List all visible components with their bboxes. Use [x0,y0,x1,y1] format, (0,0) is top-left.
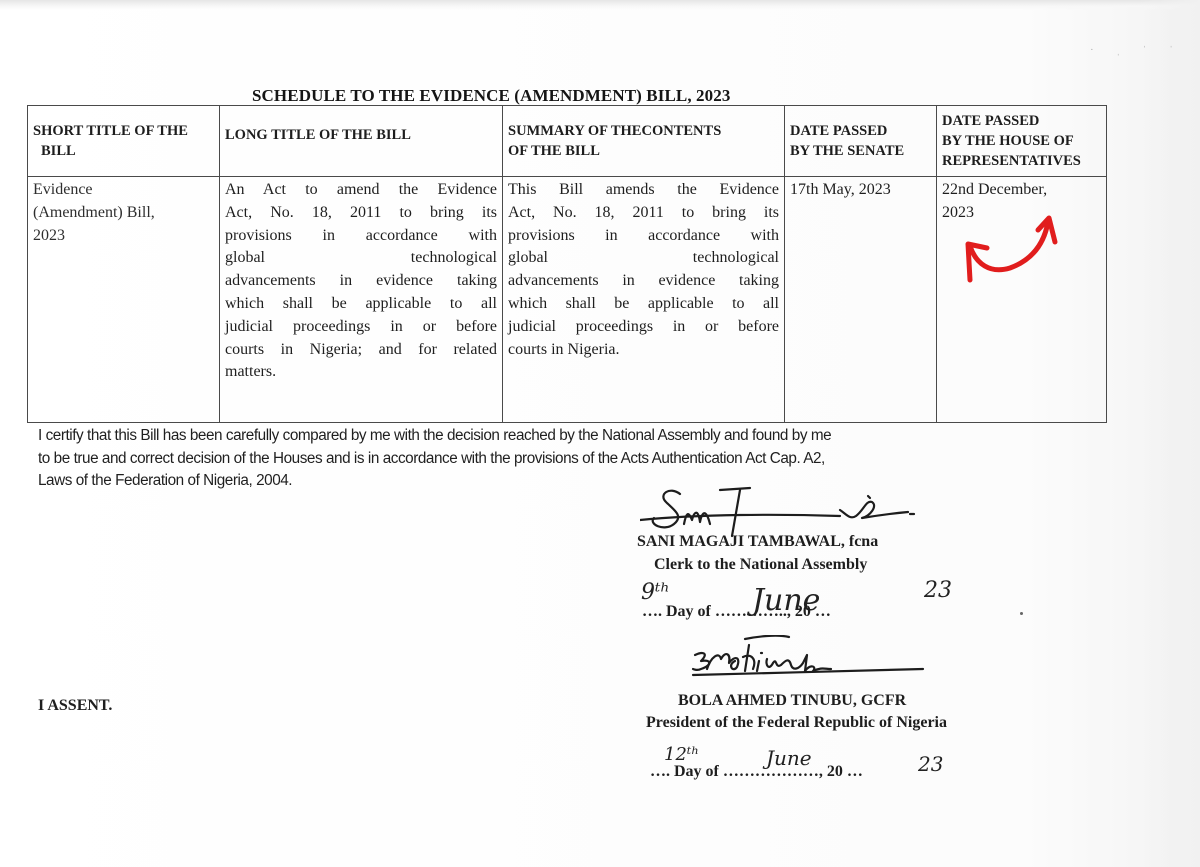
cell-line: (Amendment) Bill, [33,202,214,225]
document-page: · ˌ ˈ ˈ SCHEDULE TO THE EVIDENCE (AMENDM… [0,0,1200,867]
clerk-handwritten-year: 23 [924,578,952,603]
header-date-house-line: DATE PASSED [942,113,1039,129]
cell-line: which shall be applicable to all [508,293,779,316]
president-handwritten-year: 23 [918,752,943,776]
date-senate-value: 17th May, 2023 [790,181,891,198]
header-date-senate-line: BY THE SENATE [790,143,904,159]
certification-text: I certify that this Bill has been carefu… [38,425,1108,493]
date-year-prefix: , 20 … [787,603,831,620]
cell-date-senate: 17th May, 2023 [785,177,937,423]
document-title: SCHEDULE TO THE EVIDENCE (AMENDMENT) BIL… [252,86,730,106]
header-long-title: LONG TITLE OF THE BILL [220,106,503,177]
cell-line: provisions in accordance with [508,225,779,248]
clerk-title: Clerk to the National Assembly [654,556,867,574]
header-short-title: SHORT TITLE OF THE BILL [28,106,220,177]
scan-dot [1020,612,1023,615]
header-short-title-line: SHORT TITLE OF THE [33,123,188,139]
president-signature-icon [685,635,930,685]
cell-line: courts in Nigeria; and for related [225,339,497,362]
hand-drawn-arrow-icon [960,212,1070,287]
certification-line: to be true and correct decision of the H… [38,448,1108,471]
scan-right-shade [1140,0,1200,867]
table-header-row: SHORT TITLE OF THE BILL LONG TITLE OF TH… [28,106,1107,177]
header-date-house: DATE PASSED BY THE HOUSE OF REPRESENTATI… [937,106,1107,177]
header-long-title-line: LONG TITLE OF THE BILL [225,127,411,143]
cell-line: global technological [508,247,779,270]
table-row: Evidence (Amendment) Bill, 2023 An Act t… [28,177,1107,423]
clerk-signature-icon [640,480,940,540]
cell-line: global technological [225,247,497,270]
header-date-house-line: REPRESENTATIVES [942,153,1081,169]
clerk-name: SANI MAGAJI TAMBAWAL, fcna [637,533,878,551]
cell-summary: This Bill amends the Evidence Act, No. 1… [503,177,785,423]
cell-line: advancements in evidence taking [225,270,497,293]
cell-line: This Bill amends the Evidence [508,179,779,202]
schedule-table: SHORT TITLE OF THE BILL LONG TITLE OF TH… [27,105,1107,423]
president-title: President of the Federal Republic of Nig… [646,714,947,732]
header-date-house-line: BY THE HOUSE OF [942,133,1074,149]
president-date-line: …. Day of ………………, 20 … [650,763,863,781]
cell-line: judicial proceedings in or before [508,316,779,339]
cell-line: An Act to amend the Evidence [225,179,497,202]
cell-line: judicial proceedings in or before [225,316,497,339]
header-summary-line: OF THE BILL [508,143,600,159]
header-short-title-line: BILL [33,143,76,159]
cell-line: advancements in evidence taking [508,270,779,293]
cell-line: Evidence [33,179,214,202]
cell-long-title: An Act to amend the Evidence Act, No. 18… [220,177,503,423]
cell-line: Act, No. 18, 2011 to bring its [508,202,779,225]
cell-line: matters. [225,361,497,384]
cell-line: which shall be applicable to all [225,293,497,316]
header-summary: SUMMARY OF THECONTENTS OF THE BILL [503,106,785,177]
cell-line: courts in Nigeria. [508,339,779,362]
cell-line: Act, No. 18, 2011 to bring its [225,202,497,225]
date-dots: ……………… [723,763,819,780]
date-prefix: …. Day of [650,763,719,780]
president-handwritten-day: 12ᵗʰ [664,744,699,765]
scan-top-edge [0,0,1200,10]
date-dots: ………….. [715,603,787,620]
president-name: BOLA AHMED TINUBU, GCFR [678,692,906,710]
header-date-senate-line: DATE PASSED [790,123,887,139]
certification-line: Laws of the Federation of Nigeria, 2004. [38,470,1108,493]
header-summary-line: SUMMARY OF THECONTENTS [508,123,721,139]
cell-line: 22nd December, [942,179,1101,202]
date-prefix: …. Day of [642,603,711,620]
clerk-date-line: …. Day of ………….., 20 … [642,603,831,621]
cell-line: provisions in accordance with [225,225,497,248]
date-year-prefix: , 20 … [819,763,863,780]
cell-short-title: Evidence (Amendment) Bill, 2023 [28,177,220,423]
clerk-handwritten-day: 9ᵗʰ [641,580,670,605]
header-date-senate: DATE PASSED BY THE SENATE [785,106,937,177]
cell-line: 2023 [33,225,214,248]
certification-line: I certify that this Bill has been carefu… [38,425,1108,448]
assent-label: I ASSENT. [38,697,112,715]
scan-specks: · ˌ ˈ ˈ [1090,44,1183,56]
